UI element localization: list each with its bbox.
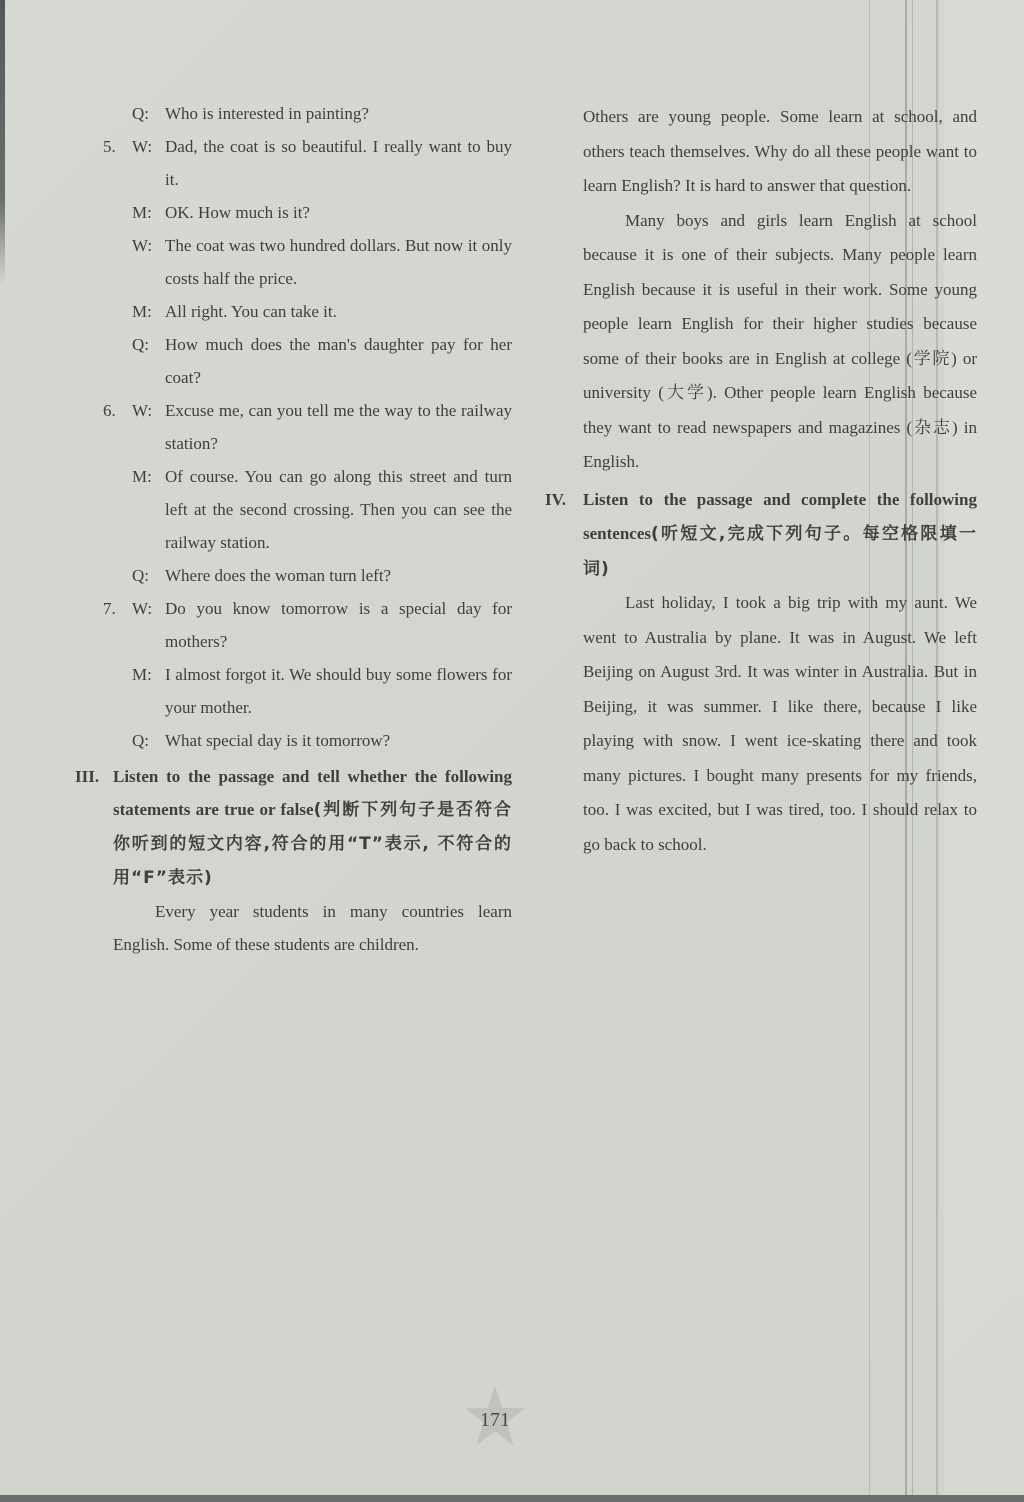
dialogue-speaker: W: xyxy=(132,130,165,196)
dialogue-row: Q: Who is interested in painting? xyxy=(75,97,512,130)
dialogue-speaker: Q: xyxy=(132,328,165,394)
right-column: Others are young people. Some learn at s… xyxy=(545,100,977,862)
section-iv-body: Listen to the passage and complete the f… xyxy=(583,483,977,863)
dialogue-number xyxy=(103,724,132,757)
dialogue-text: Where does the woman turn left? xyxy=(165,559,512,592)
section-iii-title: Listen to the passage and tell whether t… xyxy=(113,760,512,895)
scan-edge-left xyxy=(0,0,5,285)
dialogue-row: 5. W: Dad, the coat is so beautiful. I r… xyxy=(75,130,512,196)
dialogue-number: 7. xyxy=(103,592,132,658)
dialogue-text: Excuse me, can you tell me the way to th… xyxy=(165,394,512,460)
section-iii-label: III. xyxy=(75,760,113,961)
dialogue-row: 7. W: Do you know tomorrow is a special … xyxy=(75,592,512,658)
section-iii-body: Listen to the passage and tell whether t… xyxy=(113,760,512,961)
scanned-textbook-page: Q: Who is interested in painting? 5. W: … xyxy=(0,0,1024,1502)
dialogue-text: What special day is it tomorrow? xyxy=(165,724,512,757)
page-number-star: 171 xyxy=(464,1386,526,1450)
dialogue-row: Q: How much does the man's daughter pay … xyxy=(75,328,512,394)
passage-paragraph: Many boys and girls learn English at sch… xyxy=(583,204,977,480)
dialogue-number xyxy=(103,460,132,559)
dialogue-text: Of course. You can go along this street … xyxy=(165,460,512,559)
section-iv-passage: Last holiday, I took a big trip with my … xyxy=(583,586,977,862)
dialogue-text: OK. How much is it? xyxy=(165,196,512,229)
dialogue-row: M: All right. You can take it. xyxy=(75,295,512,328)
page-number: 171 xyxy=(480,1405,510,1432)
dialogue-text: The coat was two hundred dollars. But no… xyxy=(165,229,512,295)
dialogue-text: Do you know tomorrow is a special day fo… xyxy=(165,592,512,658)
scan-edge-bottom xyxy=(0,1495,1024,1502)
dialogue-speaker: Q: xyxy=(132,559,165,592)
dialogue-text: I almost forgot it. We should buy some f… xyxy=(165,658,512,724)
dialogue-row: Q: What special day is it tomorrow? xyxy=(75,724,512,757)
section-iv: IV. Listen to the passage and complete t… xyxy=(545,483,977,863)
dialogue-row: 6. W: Excuse me, can you tell me the way… xyxy=(75,394,512,460)
dialogue-number xyxy=(103,328,132,394)
dialogue-row: W: The coat was two hundred dollars. But… xyxy=(75,229,512,295)
section-iii-passage: Every year students in many countries le… xyxy=(113,895,512,961)
left-column: Q: Who is interested in painting? 5. W: … xyxy=(75,97,512,961)
dialogue-speaker: M: xyxy=(132,460,165,559)
section-iv-title: Listen to the passage and complete the f… xyxy=(583,483,977,587)
dialogue-speaker: Q: xyxy=(132,97,165,130)
dialogue-number xyxy=(103,196,132,229)
dialogue-speaker: W: xyxy=(132,394,165,460)
dialogue-speaker: M: xyxy=(132,658,165,724)
dialogue-number xyxy=(103,229,132,295)
dialogue-row: Q: Where does the woman turn left? xyxy=(75,559,512,592)
dialogue-text: All right. You can take it. xyxy=(165,295,512,328)
dialogue-row: M: Of course. You can go along this stre… xyxy=(75,460,512,559)
dialogue-number xyxy=(103,97,132,130)
dialogue-speaker: M: xyxy=(132,196,165,229)
dialogue-text: How much does the man's daughter pay for… xyxy=(165,328,512,394)
section-iv-label: IV. xyxy=(545,483,583,863)
dialogue-speaker: W: xyxy=(132,592,165,658)
dialogue-speaker: M: xyxy=(132,295,165,328)
dialogue-number xyxy=(103,295,132,328)
dialogue-number xyxy=(103,658,132,724)
dialogue-speaker: W: xyxy=(132,229,165,295)
dialogue-text: Dad, the coat is so beautiful. I really … xyxy=(165,130,512,196)
section-iii: III. Listen to the passage and tell whet… xyxy=(75,760,512,961)
dialogue-text: Who is interested in painting? xyxy=(165,97,512,130)
dialogue-number: 6. xyxy=(103,394,132,460)
dialogue-speaker: Q: xyxy=(132,724,165,757)
dialogue-row: M: I almost forgot it. We should buy som… xyxy=(75,658,512,724)
passage-continuation-paragraph: Others are young people. Some learn at s… xyxy=(583,100,977,204)
dialogue-row: M: OK. How much is it? xyxy=(75,196,512,229)
dialogue-number xyxy=(103,559,132,592)
dialogue-number: 5. xyxy=(103,130,132,196)
